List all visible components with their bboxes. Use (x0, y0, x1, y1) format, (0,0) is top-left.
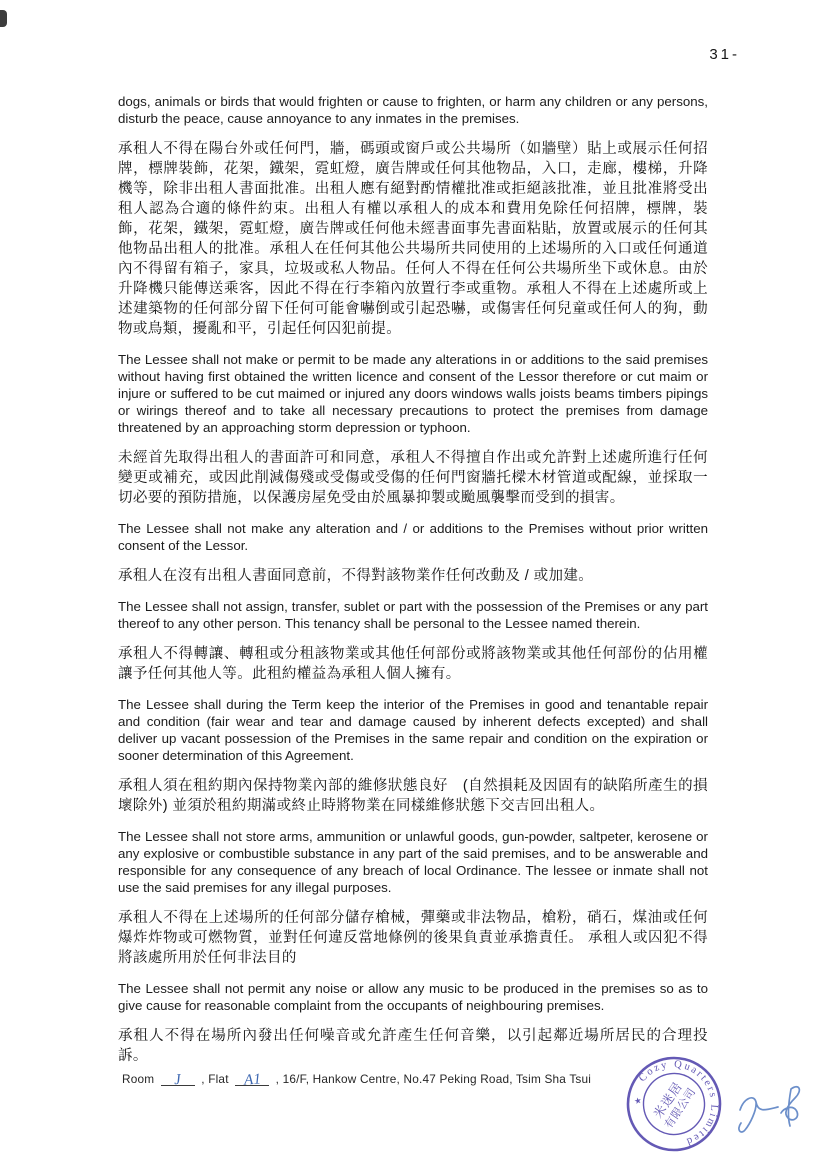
clause-paragraph: The Lessee shall not permit any noise or… (118, 980, 708, 1014)
clause-paragraph: 承租人不得在場所內發出任何噪音或允許產生任何音樂，以引起鄰近場所居民的合理投訴。 (118, 1026, 708, 1066)
clause-paragraph: 承租人不得在陽台外或任何門，牆，碼頭或窗戶或公共場所（如牆壁）貼上或展示任何招牌… (118, 139, 708, 339)
page-number: 31- (709, 46, 740, 63)
handwritten-room-value: J (174, 1072, 182, 1089)
clause-paragraph: 承租人不得轉讓、轉租或分租該物業或其他任何部份或將該物業或其他任何部份的佔用權讓… (118, 644, 708, 684)
clause-paragraph: 承租人不得在上述場所的任何部分儲存槍械，彈藥或非法物品，槍粉，硝石，煤油或任何爆… (118, 908, 708, 968)
document-page: 31- dogs, animals or birds that would fr… (0, 0, 828, 1160)
clause-paragraph: The Lessee shall not store arms, ammunit… (118, 828, 708, 896)
signature-stroke-y (739, 1098, 778, 1132)
clause-paragraph: 承租人在沒有出租人書面同意前，不得對該物業作任何改動及 / 或加建。 (118, 566, 708, 586)
scan-artifact (0, 10, 7, 27)
clause-paragraph: The Lessee shall not make or permit to b… (118, 351, 708, 436)
room-label: Room (122, 1072, 154, 1086)
body-text: dogs, animals or birds that would fright… (118, 93, 708, 1078)
handwritten-flat-value: A1 (243, 1071, 261, 1089)
clause-paragraph: 未經首先取得出租人的書面許可和同意，承租人不得擅自作出或允許對上述處所進行任何變… (118, 448, 708, 508)
footer-address: Room J , Flat A1 , 16/F, Hankow Centre, … (122, 1070, 591, 1086)
address-text: , 16/F, Hankow Centre, No.47 Peking Road… (276, 1072, 591, 1086)
signature-stroke-loop (781, 1087, 799, 1126)
room-blank: J (161, 1070, 195, 1086)
clause-paragraph: The Lessee shall not make any alteration… (118, 520, 708, 554)
flat-label: , Flat (201, 1072, 228, 1086)
clause-paragraph: 承租人須在租約期內保持物業內部的維修狀態良好 (自然損耗及因固有的缺陷所產生的損… (118, 776, 708, 816)
stamp-star-icon: ★ (632, 1096, 643, 1105)
clause-paragraph: dogs, animals or birds that would fright… (118, 93, 708, 127)
company-stamp: Cozy Quarters Limited ★ 米迷居 有限公司 (624, 1054, 724, 1154)
handwritten-signature (733, 1080, 815, 1142)
flat-blank: A1 (235, 1070, 269, 1086)
clause-paragraph: The Lessee shall during the Term keep th… (118, 696, 708, 764)
clause-paragraph: The Lessee shall not assign, transfer, s… (118, 598, 708, 632)
